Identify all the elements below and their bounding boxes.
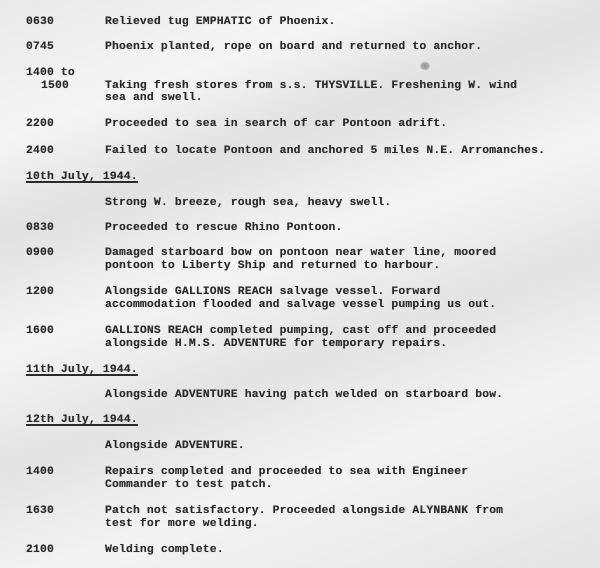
- entry-time: 1200: [26, 286, 54, 299]
- entry-time: 0745: [26, 41, 54, 54]
- entry-time: 0900: [26, 247, 54, 260]
- entry-time: 1400: [26, 466, 54, 479]
- entry-time: 0830: [26, 222, 54, 235]
- entry-text: sea and swell.: [105, 92, 203, 105]
- entry-text: Strong W. breeze, rough sea, heavy swell…: [105, 197, 391, 210]
- entry-text: Proceeded to rescue Rhino Pontoon.: [105, 222, 343, 235]
- entry-time-end: 1500: [41, 80, 69, 93]
- entry-text: alongside H.M.S. ADVENTURE for temporary…: [105, 338, 447, 351]
- entry-text: Alongside ADVENTURE.: [105, 440, 245, 453]
- entry-text: Repairs completed and proceeded to sea w…: [105, 466, 468, 479]
- section-date: 12th July, 1944.: [26, 414, 138, 427]
- entry-text: Phoenix planted, rope on board and retur…: [105, 41, 482, 54]
- entry-time: 0630: [26, 16, 54, 29]
- document-page: 0630 Relieved tug EMPHATIC of Phoenix. 0…: [0, 0, 600, 568]
- entry-time: 2400: [26, 145, 54, 158]
- entry-text: test for more welding.: [105, 518, 259, 531]
- entry-text: Damaged starboard bow on pontoon near wa…: [105, 247, 496, 260]
- entry-text: pontoon to Liberty Ship and returned to …: [105, 260, 440, 273]
- entry-text: Alongside GALLIONS REACH salvage vessel.…: [105, 286, 440, 299]
- entry-time: 1600: [26, 325, 54, 338]
- entry-time: 2200: [26, 118, 54, 131]
- entry-time: 1400 to: [26, 67, 75, 80]
- entry-text: Failed to locate Pontoon and anchored 5 …: [105, 145, 545, 158]
- entry-text: Welding complete.: [105, 544, 224, 557]
- entry-time: 1630: [26, 505, 54, 518]
- entry-time: 2100: [26, 544, 54, 557]
- entry-text: Patch not satisfactory. Proceeded alongs…: [105, 505, 503, 518]
- entry-text: Alongside ADVENTURE having patch welded …: [105, 389, 503, 402]
- entry-text: Commander to test patch.: [105, 479, 273, 492]
- entry-text: GALLIONS REACH completed pumping, cast o…: [105, 325, 496, 338]
- section-date: 10th July, 1944.: [26, 171, 138, 184]
- ink-smudge: [420, 62, 430, 70]
- entry-text: Relieved tug EMPHATIC of Phoenix.: [105, 16, 336, 29]
- section-date: 11th July, 1944.: [26, 364, 138, 377]
- entry-text: accommodation flooded and salvage vessel…: [105, 299, 496, 312]
- entry-text: Proceeded to sea in search of car Pontoo…: [105, 118, 447, 131]
